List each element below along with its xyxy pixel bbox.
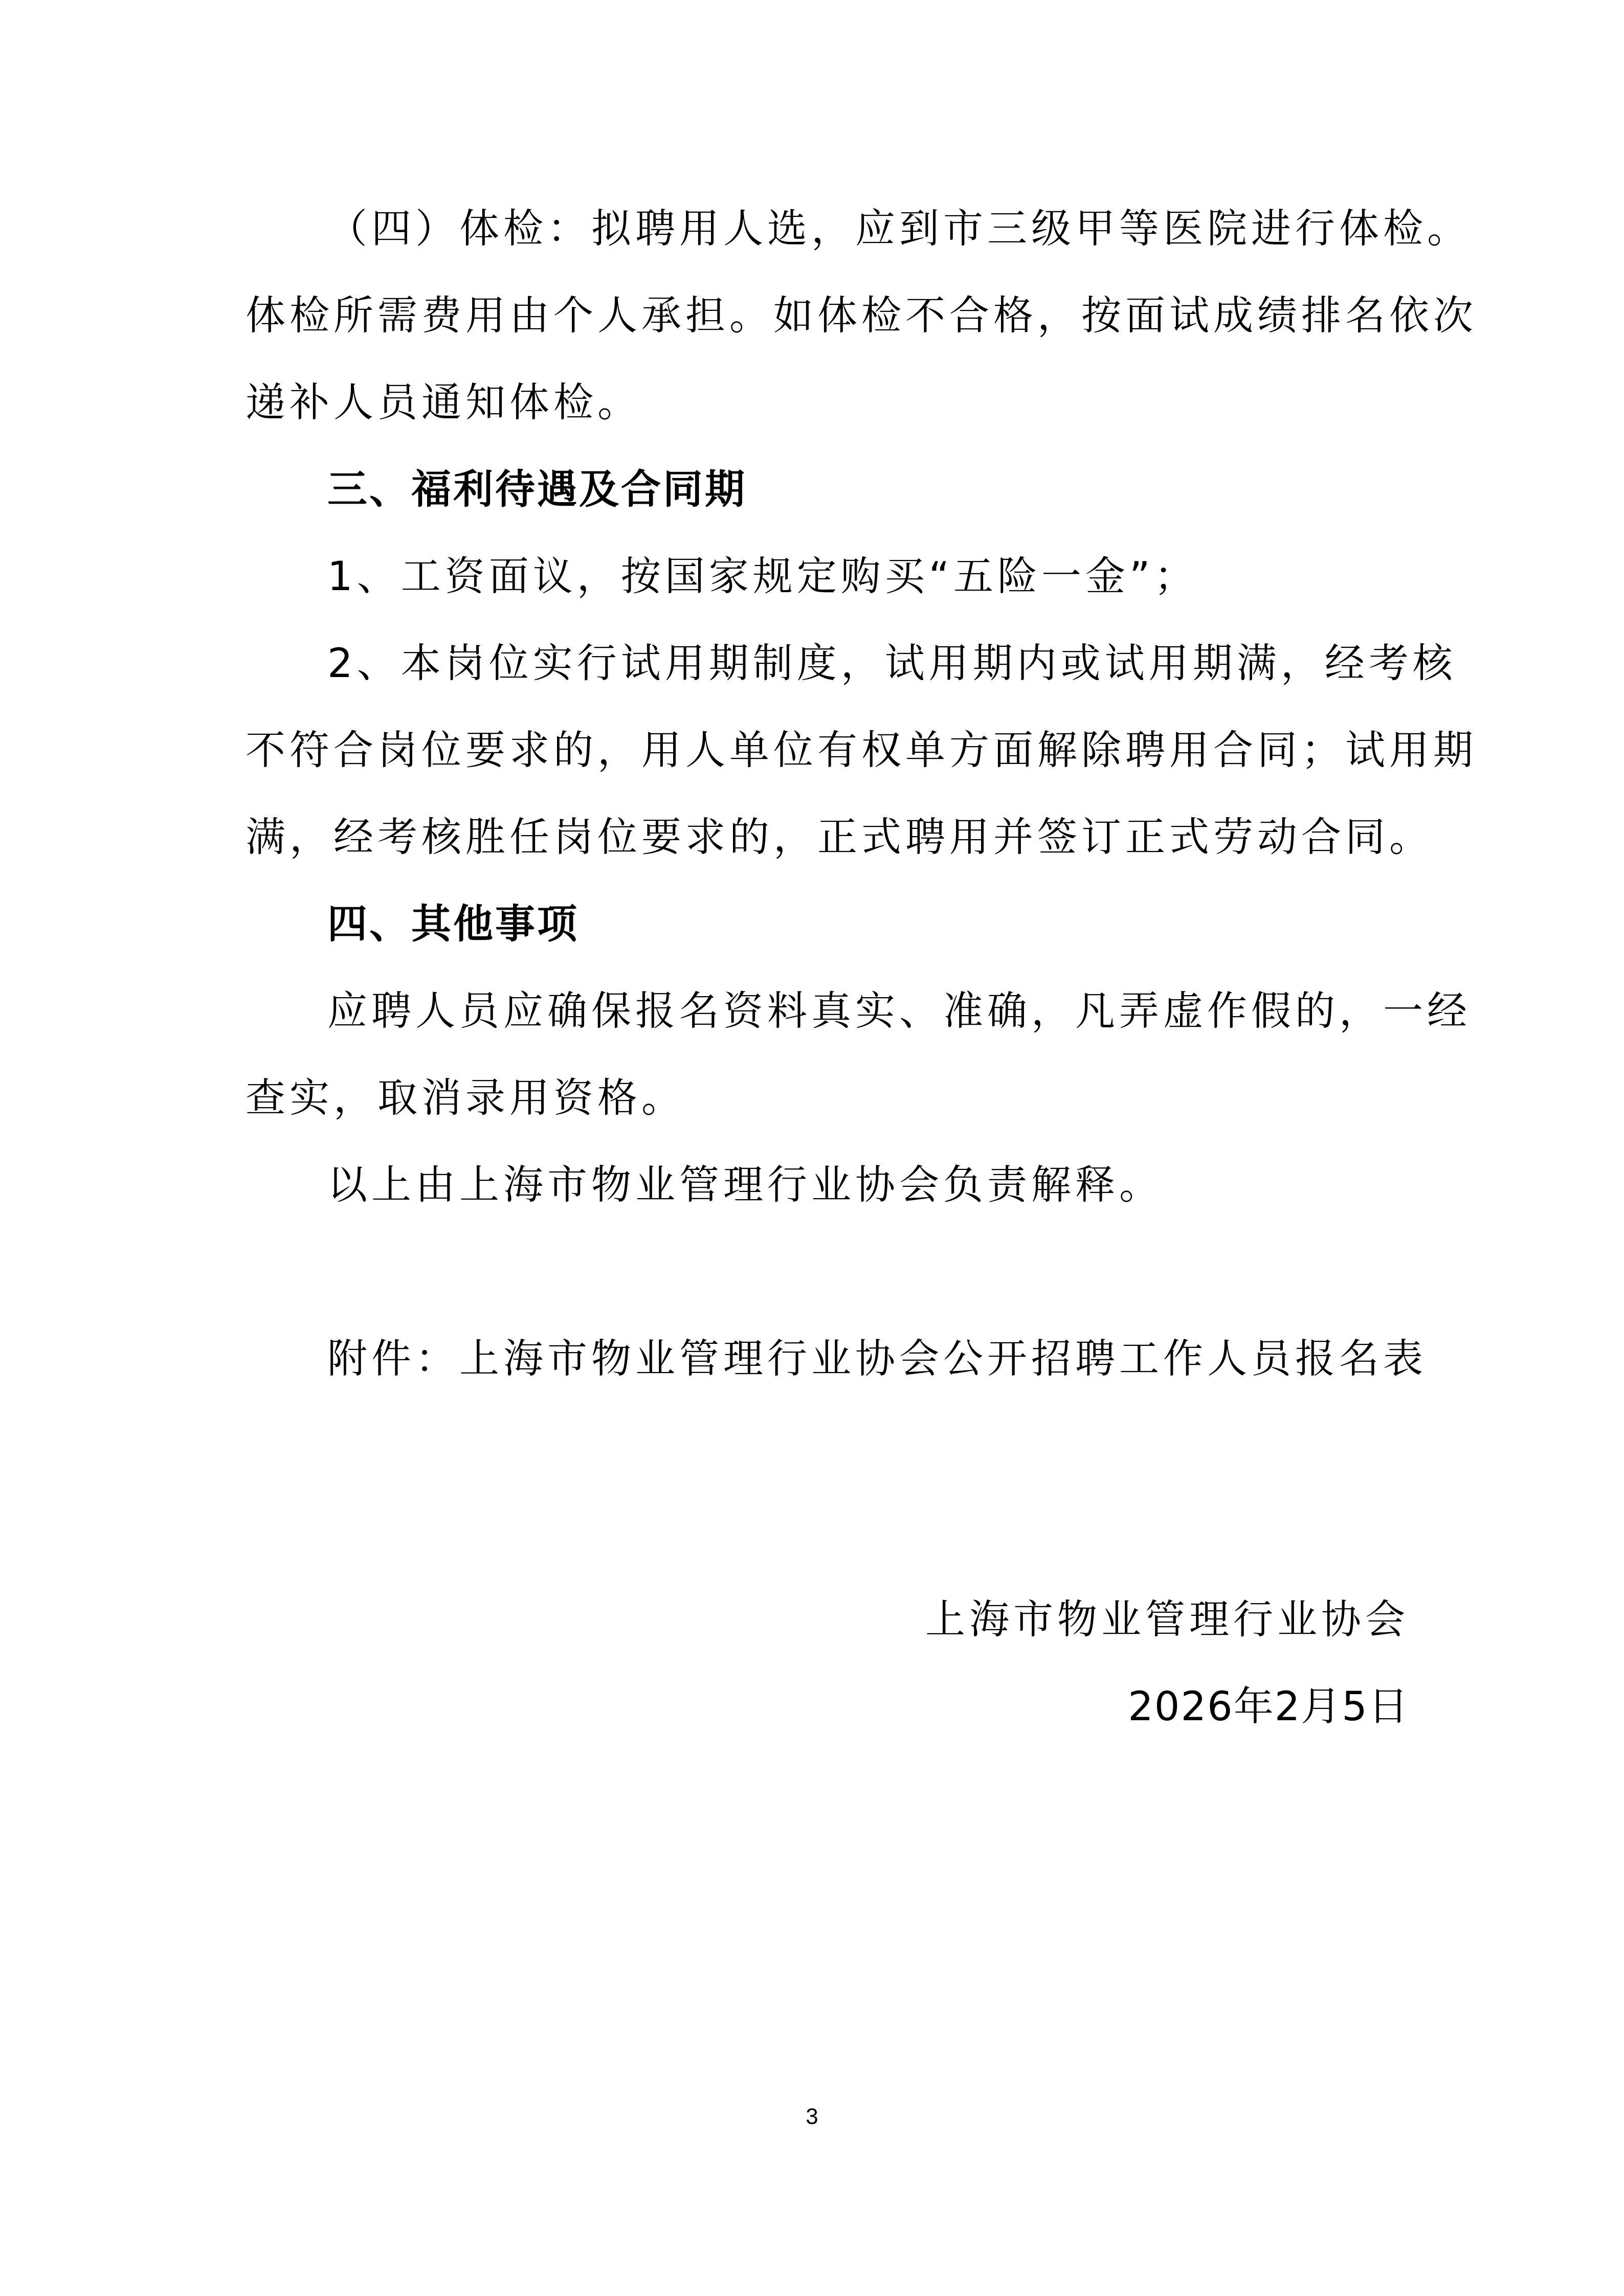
page-number: 3 xyxy=(0,2102,1624,2132)
document-page: （四）体检：拟聘用人选，应到市三级甲等医院进行体检。 体检所需费用由个人承担。如… xyxy=(0,0,1624,2296)
section-three-heading: 三、福利待遇及合同期 xyxy=(327,464,747,515)
section-four-heading: 四、其他事项 xyxy=(327,899,579,950)
benefits-item-2-line-2: 不符合岗位要求的，用人单位有权单方面解除聘用合同；试用期 xyxy=(246,725,1477,776)
exam-paragraph-line-2: 体检所需费用由个人承担。如体检不合格，按面试成绩排名依次 xyxy=(246,290,1477,342)
attachment-reference[interactable]: 附件：上海市物业管理行业协会公开招聘工作人员报名表 xyxy=(327,1334,1427,1385)
other-matters-para-2: 以上由上海市物业管理行业协会负责解释。 xyxy=(327,1160,1163,1211)
other-matters-para-1-line-2: 查实，取消录用资格。 xyxy=(246,1073,685,1124)
exam-paragraph-line-1: （四）体检：拟聘用人选，应到市三级甲等医院进行体检。 xyxy=(327,204,1471,255)
benefits-item-1: 1、工资面议，按国家规定购买“五险一金”； xyxy=(327,551,1198,602)
signature-date: 2026年2月5日 xyxy=(1128,1681,1409,1732)
benefits-item-2-line-3: 满，经考核胜任岗位要求的，正式聘用并签订正式劳动合同。 xyxy=(246,812,1433,863)
signature-organization: 上海市物业管理行业协会 xyxy=(925,1594,1409,1646)
exam-paragraph-line-3: 递补人员通知体检。 xyxy=(246,377,641,429)
benefits-item-2-line-1: 2、本岗位实行试用期制度，试用期内或试用期满，经考核 xyxy=(327,638,1457,689)
other-matters-para-1-line-1: 应聘人员应确保报名资料真实、准确，凡弄虚作假的，一经 xyxy=(327,986,1471,1037)
